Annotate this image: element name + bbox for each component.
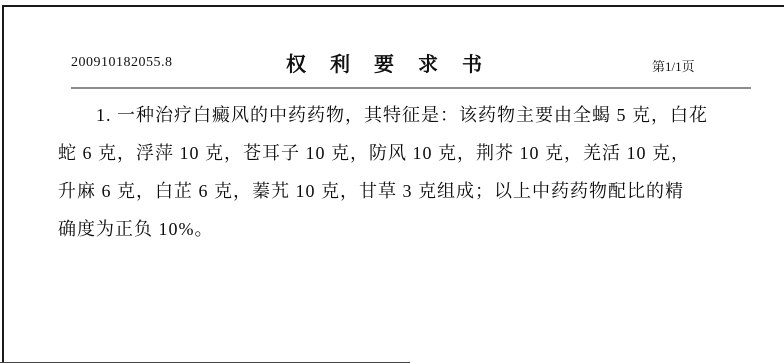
application-number: 200910182055.8 [71,55,173,71]
claim-text-line: 升麻 6 克，白芷 6 克，蓁艽 10 克，甘草 3 克组成；以上中药药物配比的… [58,177,684,203]
patent-claims-page: 200910182055.8 权 利 要 求 书 第1/1页 1. 一种治疗白癜… [0,0,784,363]
claim-text-line: 蛇 6 克，浮萍 10 克，苍耳子 10 克，防风 10 克，荆芥 10 克，羌… [58,139,690,165]
page-number-indicator: 第1/1页 [652,56,695,75]
claim-text-line: 1. 一种治疗白癜风的中药药物，其特征是：该药物主要由全蝎 5 克，白花 [96,101,708,127]
document-title: 权 利 要 求 书 [286,48,487,77]
header-divider [71,87,751,89]
claim-text-line: 确度为正负 10%。 [58,215,214,241]
page-left-border [2,5,4,363]
page-top-border [2,5,784,7]
